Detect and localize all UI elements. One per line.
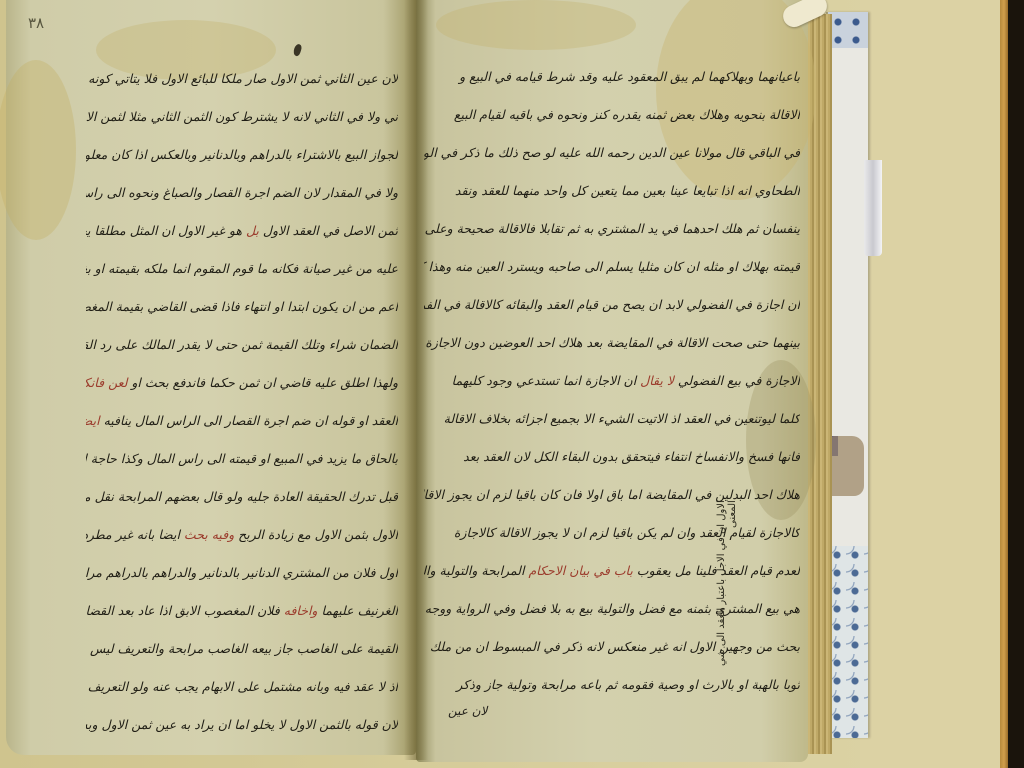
- text-line: ثمن الاصل في العقد الاول بل هو غير الاول…: [86, 212, 398, 250]
- text-line: كلما ليوتنعين في العقد اذ الاتيت الشيء ا…: [424, 400, 800, 438]
- floral-pattern-bottom: [828, 546, 868, 738]
- margin-note: الاول ان في الاجل باعتبار العقد الى شي ا…: [716, 500, 744, 670]
- rubric-text: لعن فانكر: [86, 375, 127, 390]
- text-line: اعم من ان يكون ابتدا او انتهاء فاذا قضى …: [86, 288, 398, 326]
- text-line: العقد او قوله ان ضم اجرة القصار الى الرا…: [86, 402, 398, 440]
- text-line: الاول بثمن الاول مع زيادة الربح وفيه بحث…: [86, 516, 398, 554]
- text-line: قبل تدرك الحقيقة العادة جليه ولو قال بعض…: [86, 478, 398, 516]
- text-line: قيمته بهلاك او مثله ان كان مثليا يسلم ال…: [424, 248, 800, 286]
- text-line: بالحاق ما يزيد في المبيع او قيمته الى را…: [86, 440, 398, 478]
- silver-bookmark-ribbon: [864, 160, 882, 256]
- rubric-text: ايضا: [86, 413, 100, 428]
- text-line: الاقالة بنحويه وهلاك بعض ثمنه يقدره كنز …: [424, 96, 800, 134]
- text-line: ينفسان ثم هلك احدهما في يد المشتري به ثم…: [424, 210, 800, 248]
- text-line: لجواز البيع بالاشتراء بالدراهم وبالدناني…: [86, 136, 398, 174]
- wooden-frame-edge: [1000, 0, 1008, 768]
- left-page-text: لان عين الثاني ثمن الاول صار ملكا للبائع…: [86, 60, 398, 744]
- text-line: ولا في المقدار لان الضم اجرة القصار والص…: [86, 174, 398, 212]
- text-line: اول فلان من المشتري الدنانير بالدنانير و…: [86, 554, 398, 592]
- text-line: الغرنيف عليهما واخافه فلان المغصوب الابق…: [86, 592, 398, 630]
- text-line: لان عين الثاني ثمن الاول صار ملكا للبائع…: [86, 60, 398, 98]
- cream-mat-background: [860, 0, 1000, 768]
- text-line: ثوبا بالهبة او بالارث او وصية فقومه ثم ب…: [424, 666, 800, 704]
- book-cover-strip: [826, 12, 868, 738]
- rubric-text: لا يقال: [640, 373, 674, 388]
- text-line: القيمة على الغاصب جاز بيعه الغاصب مرابحة…: [86, 630, 398, 668]
- dark-border: [1008, 0, 1024, 768]
- text-line: في الباقي قال مولانا عين الدين رحمه الله…: [424, 134, 800, 172]
- text-line: الاجازة في بيع الفضولي لا يقال ان الاجاز…: [424, 362, 800, 400]
- text-line: بينهما حتى صحت الاقالة في المقايضة بعد ه…: [424, 324, 800, 362]
- text-line: باعيانهما وبهلاكهما لم يبق المعقود عليه …: [424, 58, 800, 96]
- text-line: ان اجازة في الفضولي لابد ان يصح من قيام …: [424, 286, 800, 324]
- text-line: فانها فسخ والانفساخ انتفاء فيتحقق بدون ا…: [424, 438, 800, 476]
- text-line: ولهذا اطلق عليه قاضي ان ثمن حكما فاندفع …: [86, 364, 398, 402]
- text-line: عليه من غير صيانة فكانه ما قوم المقوم ان…: [86, 250, 398, 288]
- water-stain: [0, 60, 76, 240]
- text-line: الضمان شراء وتلك القيمة ثمن حتى لا يقدر …: [86, 326, 398, 364]
- cover-stain: [830, 436, 864, 496]
- rubric-text: واخافه: [284, 603, 318, 618]
- text-line: ني ولا في الثاني لانه لا يشترط كون الثمن…: [86, 98, 398, 136]
- rubric-text: بل: [246, 223, 259, 238]
- text-line: لان قوله بالثمن الاول لا يخلو اما ان يرا…: [86, 706, 398, 744]
- floral-pattern-top: [828, 12, 868, 48]
- text-line: اذ لا عقد فيه وبانه مشتمل على الابهام يج…: [86, 668, 398, 706]
- rubric-text: باب في بيان الاحكام: [528, 563, 632, 578]
- rubric-text: وفيه بحث: [184, 527, 234, 542]
- text-line: الطحاوي انه اذا تبايعا عينا بعين مما يتع…: [424, 172, 800, 210]
- water-stain: [436, 0, 636, 50]
- catchword: لان عين: [448, 704, 487, 718]
- folio-number: ٣٨: [28, 14, 44, 32]
